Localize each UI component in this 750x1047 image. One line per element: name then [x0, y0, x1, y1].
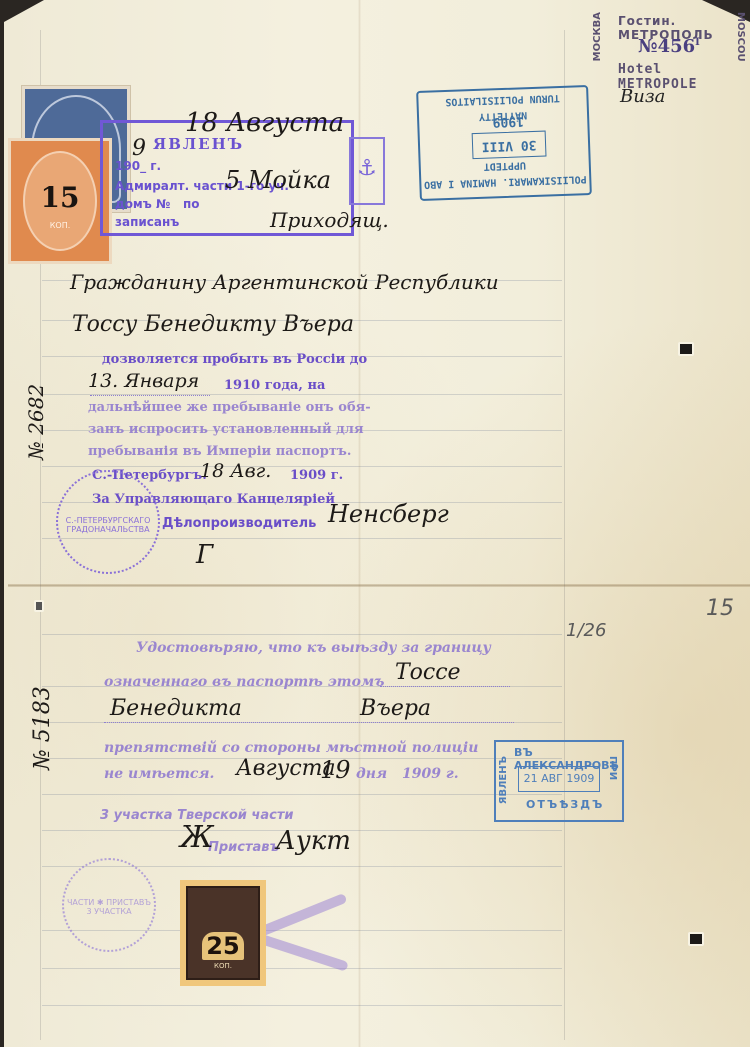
revenue-stamp-15: 15 КОП.: [8, 138, 112, 264]
printed-day-label: дня: [356, 766, 387, 782]
printed-police-line: не имѣется.: [104, 766, 214, 782]
handwritten-visa: Виза: [620, 86, 665, 107]
margin-number: № 5183: [30, 686, 55, 770]
seal-text: С.-ПЕТЕРБУРГСКАГО ГРАДОНАЧАЛЬСТВА: [58, 516, 158, 534]
handwritten-surname: Въера: [360, 696, 431, 721]
handwritten-holder-name: Тоссу Бенедикту Въера: [72, 312, 354, 337]
punch-hole: [688, 932, 704, 946]
stamp-side-text: ЯВЛЕНЪ: [498, 756, 509, 804]
crest-icon: ⚓: [349, 137, 385, 205]
handwritten-address: 5 Мойка: [225, 166, 331, 194]
clerk-signature: Ненсберг: [328, 500, 449, 528]
stamp-side-text: ПРИ: [607, 756, 618, 780]
printed-permit-line: дозволяется пробыть въ Россіи до: [102, 352, 367, 367]
stamp-value: 15: [11, 181, 109, 214]
printed-police-line: Удостовѣряю, что къ выѣзду за границу: [136, 640, 491, 656]
printed-clerk-title: Дѣлопроизводитель: [162, 516, 316, 531]
handwritten-first-name: Тоссе: [395, 660, 461, 685]
handwritten-citizenship: Гражданину Аргентинской Республики: [70, 270, 499, 294]
printed-police-line: означеннаго въ паспортѣ этомъ: [104, 674, 384, 690]
printed-permit-line: занъ испросить установленный для: [88, 422, 364, 437]
border-exit-stamp: ЯВЛЕНЪ ВЪ АЛЕКСАНДРОВѢ 21 АВГ 1909 ОТЪѢЗ…: [494, 740, 624, 822]
registration-number: №456I: [638, 36, 700, 57]
handwritten-year: 9: [132, 136, 146, 161]
handwritten-registration-date: 18 Августа: [185, 108, 344, 138]
police-seal: ЧАСТИ ✱ ПРИСТАВЪ 3 УЧАСТКА: [62, 858, 156, 952]
pencil-page-number: 15: [706, 596, 734, 621]
number-superscript: I: [695, 37, 700, 48]
year-prefix: 190: [115, 159, 140, 173]
finnish-police-stamp: TURUN POLIISILAITOS NÄYTETTY 30 VIII 190…: [416, 85, 592, 201]
stamp-line: UPPTEDT: [421, 157, 589, 174]
margin-number: № 2682: [24, 384, 48, 460]
stamp-house-line: домъ № по: [115, 197, 199, 211]
printed-officer-title: Приставъ: [208, 840, 279, 855]
stamp-year-line: 190_ г.: [115, 159, 161, 173]
stamp-line: TURUN POLIISILAITOS: [418, 91, 586, 108]
officer-signature: Ж: [180, 820, 214, 855]
stamp-unit: КОП.: [11, 221, 109, 230]
torn-corner-left: [4, 0, 44, 22]
printed-year-line: 1910 года, на: [224, 378, 325, 393]
stamp-recorded-line: записанъ: [115, 215, 179, 229]
stamp-unit: КОП.: [188, 962, 258, 970]
ink-blot: [34, 600, 44, 612]
horizontal-fold: [8, 584, 750, 587]
stamp-value: 25: [202, 932, 244, 960]
stamp-side-text: МОСКВА: [592, 12, 603, 61]
stamp-line: POLIISIKAMARI. HAMINA I ABO: [421, 173, 589, 190]
revenue-stamp-25: 25 КОП.: [180, 880, 266, 986]
printed-year: 1909 г.: [402, 766, 459, 782]
printed-permit-line: дальнѣйшее же пребываніе онъ обя-: [88, 400, 371, 415]
handwritten-mark: Г: [196, 540, 213, 570]
handwritten-recorded-as: Приходящ.: [270, 208, 389, 232]
handwritten-middle-name: Бенедикта: [110, 696, 242, 721]
hotel-metropole-stamp: МОСКВА Гостин. МЕТРОПОЛЬ №456I Hotel MET…: [588, 8, 748, 80]
stamp-bottom-text: ОТЪѢЗДЪ: [526, 798, 604, 811]
stamp-date: 30 VIII 1909: [472, 131, 547, 160]
official-seal: С.-ПЕТЕРБУРГСКАГО ГРАДОНАЧАЛЬСТВА: [56, 470, 160, 574]
stamp-side-text: MOSCOU: [735, 12, 746, 62]
handwritten-until-date: 13. Января: [88, 370, 199, 392]
house-label: домъ №: [115, 197, 170, 211]
stamp-date: 21 АВГ 1909: [518, 766, 600, 792]
printed-year: 1909 г.: [290, 468, 343, 483]
officer-signature: Аукт: [276, 826, 351, 856]
printed-permit-line: пребыванія въ Имперіи паспортъ.: [88, 444, 351, 459]
printed-police-line: препятствій со стороны мѣстной полиціи: [104, 740, 478, 756]
number-value: №456: [638, 36, 695, 57]
seal-text: ЧАСТИ ✱ ПРИСТАВЪ 3 УЧАСТКА: [64, 898, 154, 916]
po-label: по: [183, 197, 200, 211]
handwritten-issue-date: 18 Авг.: [200, 460, 271, 482]
pencil-note: 1/26: [566, 620, 606, 641]
handwritten-day: 19: [320, 756, 351, 784]
punch-hole: [678, 342, 694, 356]
